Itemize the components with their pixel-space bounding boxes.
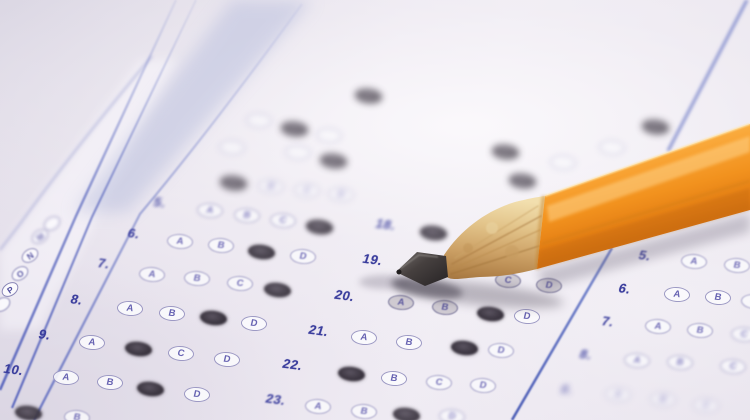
stray-bubble xyxy=(283,144,312,162)
question-number-right: 6. xyxy=(617,280,633,296)
answer-bubble-A: A xyxy=(137,266,166,284)
answer-bubble-D: D xyxy=(182,386,211,404)
answer-bubble-B: B xyxy=(256,178,285,196)
filled-bubble xyxy=(219,174,248,191)
stray-bubble xyxy=(244,112,273,130)
stray-filled-mark xyxy=(280,120,309,137)
answer-bubble-B: B xyxy=(157,305,186,323)
stray-bubble xyxy=(548,154,577,172)
answer-bubble-B: B xyxy=(648,391,677,409)
stray-filled-mark xyxy=(641,118,670,135)
answer-bubble-C: C xyxy=(691,397,720,415)
filled-bubble xyxy=(450,339,479,356)
answer-bubble-B: B xyxy=(394,334,423,352)
question-number-left: 5. xyxy=(152,194,168,210)
answer-bubble-B: B xyxy=(379,370,408,388)
question-number-left: 8. xyxy=(69,291,85,307)
answer-bubble-C: C xyxy=(268,212,297,230)
question-number-middle: 20. xyxy=(333,287,357,304)
stray-filled-mark xyxy=(491,143,520,160)
answer-bubble-B: B xyxy=(95,374,124,392)
filled-bubble xyxy=(247,243,276,260)
answer-bubble-C: C xyxy=(729,326,750,344)
answer-bubble-D: D xyxy=(486,342,515,360)
answer-bubble-A: A xyxy=(622,352,651,370)
answer-bubble-B: B xyxy=(182,270,211,288)
filled-bubble xyxy=(263,281,292,298)
question-number-middle: 21. xyxy=(307,322,331,339)
question-number-right: 8. xyxy=(578,346,594,362)
answer-bubble-B: B xyxy=(62,409,91,420)
filled-bubble xyxy=(337,365,366,382)
answer-bubble-A: A xyxy=(349,329,378,347)
answer-bubble-B: B xyxy=(206,237,235,255)
answer-bubble-C: C xyxy=(493,272,522,290)
answer-bubble-D: D xyxy=(512,308,541,326)
answer-bubble-A: A xyxy=(679,253,708,271)
answer-bubble-D: D xyxy=(326,186,355,204)
answer-bubble-B: B xyxy=(685,322,714,340)
question-number-middle: 19. xyxy=(361,251,385,268)
answer-bubble-B: B xyxy=(232,207,261,225)
answer-bubble-B: B xyxy=(722,257,750,275)
filled-bubble xyxy=(476,305,505,322)
question-number-right: 9. xyxy=(559,381,575,397)
answer-bubble-A: A xyxy=(77,334,106,352)
answer-bubble-B: B xyxy=(349,403,378,420)
answer-bubble-C: C xyxy=(166,345,195,363)
filled-bubble xyxy=(199,309,228,326)
answer-bubble-C: C xyxy=(739,293,750,311)
answer-bubble-D: D xyxy=(288,248,317,266)
name-grid-circle xyxy=(0,294,13,315)
printed-marks-layer: BCD5.ABC6.ABD7.ABC8.ABD9.ACD10.ABDB18.19… xyxy=(0,0,750,420)
question-number-middle: 22. xyxy=(281,356,305,373)
stray-filled-mark xyxy=(508,172,537,189)
stray-bubble xyxy=(217,139,246,157)
question-number-right: 5. xyxy=(637,247,653,263)
answer-bubble-C: C xyxy=(718,358,747,376)
filled-bubble xyxy=(136,380,165,397)
question-number-middle: 18. xyxy=(374,216,398,233)
answer-bubble-D: D xyxy=(239,315,268,333)
answer-bubble-B: B xyxy=(665,354,694,372)
question-number-right: 7. xyxy=(600,313,616,329)
filled-bubble xyxy=(124,340,153,357)
answer-bubble-C: C xyxy=(225,275,254,293)
name-grid-letter-N: N xyxy=(19,245,41,266)
answer-bubble-A: A xyxy=(643,318,672,336)
answer-bubble-D: D xyxy=(534,277,563,295)
stray-bubble xyxy=(314,127,343,145)
answer-sheet-photo: BCD5.ABC6.ABD7.ABC8.ABD9.ACD10.ABDB18.19… xyxy=(0,0,750,420)
answer-bubble-A: A xyxy=(195,202,224,220)
answer-bubble-D: D xyxy=(212,351,241,369)
answer-bubble-A: A xyxy=(662,286,691,304)
question-number-left: 7. xyxy=(96,255,112,271)
answer-bubble-A: A xyxy=(303,398,332,416)
answer-bubble-A: A xyxy=(51,369,80,387)
answer-bubble-D: D xyxy=(437,408,466,420)
stray-filled-mark xyxy=(319,152,348,169)
answer-bubble-A: A xyxy=(386,294,415,312)
answer-bubble-C: C xyxy=(292,182,321,200)
answer-bubble-D: D xyxy=(468,377,497,395)
stray-filled-mark xyxy=(354,87,383,104)
filled-bubble xyxy=(392,406,421,420)
answer-bubble-B: B xyxy=(703,289,732,307)
question-number-left: 9. xyxy=(37,326,53,342)
answer-bubble-A: A xyxy=(603,386,632,404)
answer-bubble-A: A xyxy=(165,233,194,251)
question-number-middle: 23. xyxy=(264,391,288,408)
filled-bubble xyxy=(14,404,43,420)
filled-bubble xyxy=(419,224,448,241)
question-number-left: 6. xyxy=(126,225,142,241)
question-number-left: 10. xyxy=(2,361,26,378)
answer-bubble-A: A xyxy=(115,300,144,318)
filled-bubble xyxy=(305,218,334,235)
answer-bubble-B: B xyxy=(430,299,459,317)
answer-bubble-C: C xyxy=(424,374,453,392)
stray-bubble xyxy=(597,139,626,157)
